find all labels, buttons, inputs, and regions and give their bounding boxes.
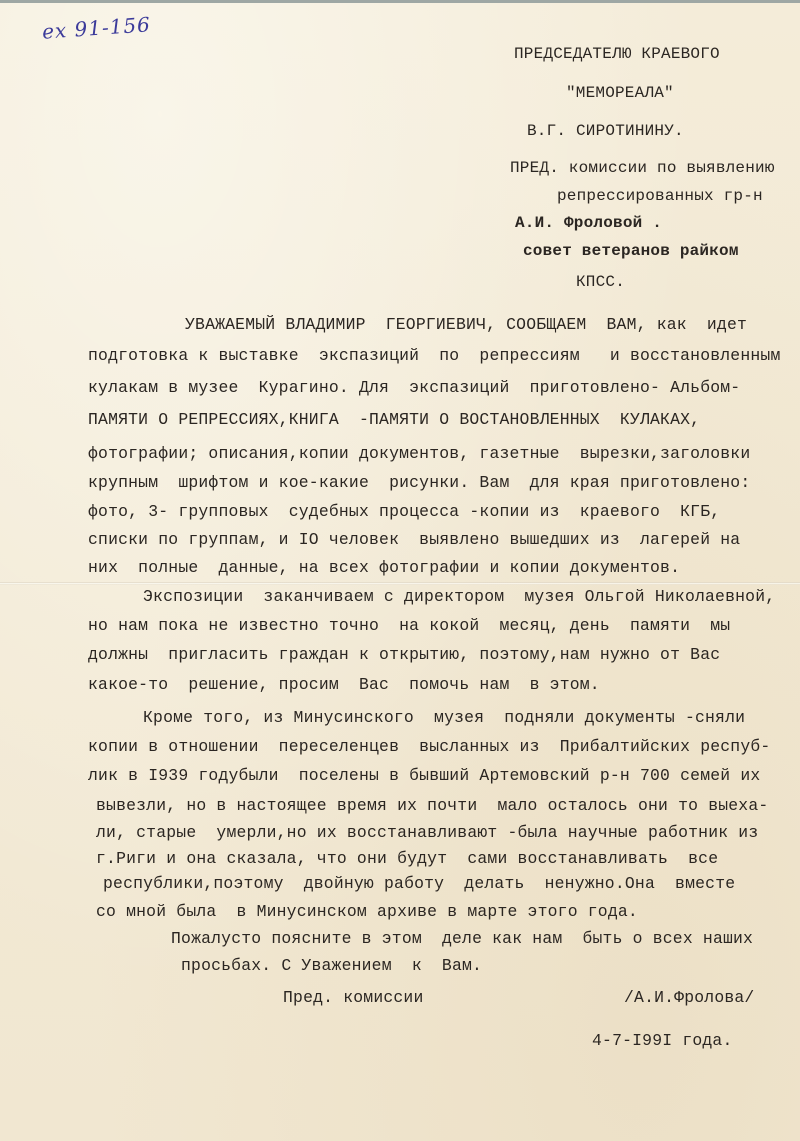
body-line: кулакам в музее Курагино. Для экспазиций… (88, 378, 740, 397)
sender-line: КПСС. (576, 273, 625, 291)
body-line: ли, старые умерли,но их восстанавливают … (96, 823, 758, 842)
body-line: УВАЖАЕМЫЙ ВЛАДИМИР ГЕОРГИЕВИЧ, СООБЩАЕМ … (185, 315, 747, 334)
body-line: г.Риги и она сказала, что они будут сами… (96, 849, 718, 868)
body-line: республики,поэтому двойную работу делать… (103, 874, 735, 893)
sender-line: А.И. Фроловой . (515, 214, 662, 232)
body-line: Кроме того, из Минусинского музея поднял… (143, 708, 745, 727)
letter-date: 4-7-I99I года. (592, 1031, 733, 1050)
body-line: фото, 3- групповых судебных процесса -ко… (88, 502, 720, 521)
body-line: вывезли, но в настоящее время их почти м… (96, 796, 768, 815)
sender-line: репрессированных гр-н (557, 187, 763, 205)
body-line: ПАМЯТИ О РЕПРЕССИЯХ,КНИГА -ПАМЯТИ О ВОСТ… (88, 410, 700, 429)
body-line: копии в отношении переселенцев высланных… (88, 737, 770, 756)
body-line: них полные данные, на всех фотографии и … (88, 558, 680, 577)
body-line: просьбах. С Уважением к Вам. (181, 956, 482, 975)
paper-fold-line (0, 582, 800, 585)
addressee-line: "МЕМОРЕАЛА" (566, 84, 674, 102)
body-line: со мной была в Минусинском архиве в март… (96, 902, 638, 921)
signature-name: /А.И.Фролова/ (624, 988, 754, 1007)
body-line: какое-то решение, просим Вас помочь нам … (88, 675, 600, 694)
addressee-line: В.Г. СИРОТИНИНУ. (527, 122, 684, 140)
body-line: списки по группам, и IO человек выявлено… (88, 530, 740, 549)
archive-mark-handwritten: ex 91-156 (41, 12, 151, 44)
sender-line: совет ветеранов райком (523, 242, 739, 260)
sender-line: ПРЕД. комиссии по выявлению (510, 159, 775, 177)
body-line: лик в I939 годубыли поселены в бывший Ар… (88, 766, 760, 785)
body-line: но нам пока не известно точно на кокой м… (88, 616, 730, 635)
letter-page: ex 91-156 ПРЕДСЕДАТЕЛЮ КРАЕВОГО "МЕМОРЕА… (0, 0, 800, 1141)
body-line: крупным шрифтом и кое-какие рисунки. Вам… (88, 473, 750, 492)
signature-title: Пред. комиссии (283, 988, 424, 1007)
body-line: фотографии; описания,копии документов, г… (88, 444, 750, 463)
body-line: Экспозиции заканчиваем с директором музе… (143, 587, 775, 606)
body-line: Пожалусто поясните в этом деле как нам б… (171, 929, 753, 948)
body-line: должны пригласить граждан к открытию, по… (88, 645, 720, 664)
page-top-edge (0, 0, 800, 3)
addressee-line: ПРЕДСЕДАТЕЛЮ КРАЕВОГО (514, 45, 720, 63)
body-line: подготовка к выставке экспазиций по репр… (88, 346, 780, 365)
